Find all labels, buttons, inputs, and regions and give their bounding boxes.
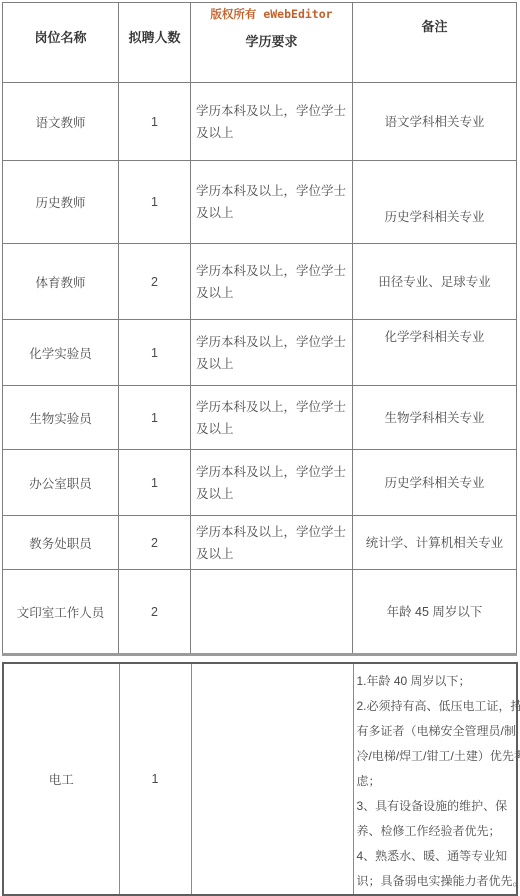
remark-line: 3、具有设备设施的维护、保养、检修工作经验者优先； (357, 794, 520, 844)
remark-line: 1.年龄 40 周岁以下； (357, 669, 520, 694)
position-cell: 电工 (3, 663, 119, 895)
count-cell: 1 (119, 161, 191, 244)
table-row: 化学实验员 1 学历本科及以上，学位学士及以上 化学学科相关专业 (3, 320, 517, 386)
table-row: 电工 1 1.年龄 40 周岁以下； 2.必须持有高、低压电工证，持有多证者（电… (3, 663, 517, 895)
electrician-table: 电工 1 1.年龄 40 周岁以下； 2.必须持有高、低压电工证，持有多证者（电… (2, 662, 518, 896)
education-cell (191, 663, 353, 895)
recruitment-page: 岗位名称 拟聘人数 版权所有 eWebEditor 学历要求 备注 语文教师 1… (0, 0, 520, 896)
position-cell: 文印室工作人员 (3, 570, 119, 655)
position-cell: 化学实验员 (3, 320, 119, 386)
remark-cell: 年龄 45 周岁以下 (353, 570, 517, 655)
position-cell: 语文教师 (3, 83, 119, 161)
header-count: 拟聘人数 (119, 3, 191, 83)
education-cell: 学历本科及以上，学位学士及以上 (191, 244, 353, 320)
table-header-row: 岗位名称 拟聘人数 版权所有 eWebEditor 学历要求 备注 (3, 3, 517, 83)
position-cell: 历史教师 (3, 161, 119, 244)
education-cell: 学历本科及以上，学位学士及以上 (191, 320, 353, 386)
remark-cell: 统计学、计算机相关专业 (353, 516, 517, 570)
education-cell (191, 570, 353, 655)
table-row: 办公室职员 1 学历本科及以上，学位学士及以上 历史学科相关专业 (3, 450, 517, 516)
remark-cell: 历史学科相关专业 (353, 450, 517, 516)
recruitment-table: 岗位名称 拟聘人数 版权所有 eWebEditor 学历要求 备注 语文教师 1… (2, 2, 517, 656)
education-cell: 学历本科及以上，学位学士及以上 (191, 161, 353, 244)
table-row: 历史教师 1 学历本科及以上，学位学士及以上 历史学科相关专业 (3, 161, 517, 244)
remark-cell: 历史学科相关专业 (353, 161, 517, 244)
count-cell: 2 (119, 570, 191, 655)
table-row: 文印室工作人员 2 年龄 45 周岁以下 (3, 570, 517, 655)
position-cell: 教务处职员 (3, 516, 119, 570)
remark-cell: 1.年龄 40 周岁以下； 2.必须持有高、低压电工证，持有多证者（电梯安全管理… (353, 663, 517, 895)
remark-cell: 化学学科相关专业 (353, 320, 517, 386)
remark-cell: 语文学科相关专业 (353, 83, 517, 161)
count-cell: 1 (119, 83, 191, 161)
count-cell: 2 (119, 244, 191, 320)
header-remark: 备注 (353, 3, 517, 83)
remark-cell: 田径专业、足球专业 (353, 244, 517, 320)
education-cell: 学历本科及以上，学位学士及以上 (191, 516, 353, 570)
table-row: 语文教师 1 学历本科及以上，学位学士及以上 语文学科相关专业 (3, 83, 517, 161)
header-education: 版权所有 eWebEditor 学历要求 (191, 3, 353, 83)
count-cell: 1 (119, 386, 191, 450)
count-cell: 2 (119, 516, 191, 570)
count-cell: 1 (119, 450, 191, 516)
position-cell: 体育教师 (3, 244, 119, 320)
position-cell: 生物实验员 (3, 386, 119, 450)
remark-line: 2.必须持有高、低压电工证，持有多证者（电梯安全管理员/制冷/电梯/焊工/钳工/… (357, 694, 520, 794)
table-row: 教务处职员 2 学历本科及以上，学位学士及以上 统计学、计算机相关专业 (3, 516, 517, 570)
education-cell: 学历本科及以上，学位学士及以上 (191, 450, 353, 516)
remark-line: 4、熟悉水、暖、通等专业知识；具备弱电实操能力者优先。 (357, 844, 520, 894)
position-cell: 办公室职员 (3, 450, 119, 516)
table-row: 体育教师 2 学历本科及以上，学位学士及以上 田径专业、足球专业 (3, 244, 517, 320)
count-cell: 1 (119, 320, 191, 386)
remark-cell: 生物学科相关专业 (353, 386, 517, 450)
header-education-label: 学历要求 (191, 31, 352, 50)
header-position: 岗位名称 (3, 3, 119, 83)
education-cell: 学历本科及以上，学位学士及以上 (191, 83, 353, 161)
count-cell: 1 (119, 663, 191, 895)
table-row: 生物实验员 1 学历本科及以上，学位学士及以上 生物学科相关专业 (3, 386, 517, 450)
education-cell: 学历本科及以上，学位学士及以上 (191, 386, 353, 450)
watermark-text: 版权所有 eWebEditor (191, 6, 352, 22)
